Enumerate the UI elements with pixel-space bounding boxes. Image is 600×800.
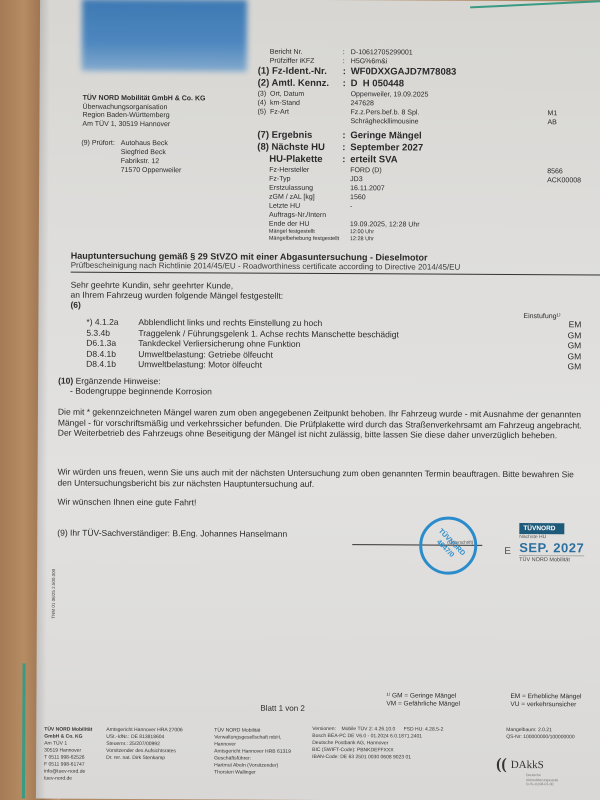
footer-line: IBAN-Code: DE 63 2501 0030 0608 9023 01 (312, 754, 443, 762)
dakks-subtext: Deutsche Akkreditierungsstelle D-IS-1110… (526, 773, 558, 787)
defect-code: D8.4.1b (86, 348, 138, 359)
footer-line: QS-Nr: 100000000/100000000 (506, 734, 574, 741)
defect-code: *) 4.1.2a (86, 317, 138, 328)
field-label: (7) Ergebnis (257, 130, 342, 142)
defect-row: D8.4.1b Umweltbelastung: Motor ölfeucht … (86, 359, 586, 372)
inspection-report-document: TÜV NORD Mobilität GmbH & Co. KG Überwac… (36, 0, 600, 800)
field-label: HU-Plakette (257, 154, 342, 166)
defect-grade: GM (546, 340, 586, 351)
field-label: zGM / zAL [kg] (257, 193, 342, 202)
tuv-stamp: TÜVNORD 4647/0 (407, 505, 489, 587)
field-code: 8566 (547, 167, 600, 176)
field-label: (2) Amtl. Kennz. (258, 78, 343, 90)
field-label: Fz-Typ (257, 175, 342, 184)
certificate-title: Hauptuntersuchung gemäß § 29 StVZO mit e… (71, 251, 600, 276)
sticker-company: TÜV NORD Mobilität (519, 555, 584, 563)
greeting: Sehr geehrte Kundin, sehr geehrter Kunde… (71, 280, 284, 301)
legend-vu: VU = verkehrsunsicher (510, 701, 576, 709)
field-label: Prüfziffer iKFZ (258, 57, 343, 66)
section-6-label: (6) (70, 300, 80, 310)
defect-code: D6.1.3a (86, 338, 138, 349)
blurred-logo (82, 0, 247, 72)
field-label: Auftrags-Nr./Intern (257, 211, 342, 220)
greeting-line: an Ihrem Fahrzeug wurden folgende Mängel… (71, 290, 284, 301)
pruefort-line: 71570 Oppenweiler (121, 166, 182, 175)
notes-title: Ergänzende Hinweise: (76, 376, 161, 386)
pruefort-block: (9) Prüfort: Autohaus Beck Siegfried Bec… (81, 139, 181, 176)
footer-col-bank: Versionen: Mobile TÜV 2: 4.26.10.0 FSD H… (312, 712, 443, 762)
additional-notes: (10) Ergänzende Hinweise: - Bodengruppe … (58, 376, 212, 397)
field-value: Schrägheckllimousine (350, 117, 547, 127)
field-label: (1) Fz-Ident.-Nr. (258, 66, 343, 78)
field-value: - (350, 202, 600, 212)
hu-sticker: TÜVNORD Nächste HU SEP. 2027 TÜV NORD Mo… (519, 523, 584, 563)
pruefort-line: Fabrikstr. 12 (121, 157, 182, 166)
field-code: M1 (547, 109, 600, 118)
form-code: TNM 01 06/25 2.500.000 (51, 569, 56, 619)
field-label: (8) Nächste HU (257, 142, 342, 154)
paragraph-defects-info: Die mit * gekennzeichneten Mängel waren … (58, 407, 588, 441)
page-number: Blatt 1 von 2 (260, 704, 305, 713)
green-rule-top (470, 0, 600, 8)
field-label: Bericht Nr. (258, 48, 343, 57)
field-code: ACK00008 (547, 176, 600, 185)
sticker-date: SEP. 2027 (519, 540, 584, 555)
footer-col-qs: Mangelbaum: 2.0.21 QS-Nr: 100000000/1000… (506, 713, 575, 741)
issuer-name: TÜV NORD Mobilität GmbH & Co. KG (83, 95, 206, 104)
defect-grade: GM (546, 351, 586, 362)
field-code: AB (547, 118, 600, 127)
field-label: Ende der HU (257, 220, 342, 229)
field-value (350, 217, 600, 218)
field-label: Fz-Hersteller (257, 166, 342, 175)
pruefort-line: Siegfried Beck (121, 148, 182, 157)
dakks-icon: (( (496, 756, 507, 774)
footer-col-register: Amtsgericht Hannover HRA 27006 USt.-IdNr… (106, 727, 183, 762)
paragraph-farewell: Wir wünschen Ihnen eine gute Fahrt! (57, 497, 587, 510)
defect-code: D8.4.1b (86, 359, 138, 370)
field-label: (5) Fz-Art (257, 108, 342, 117)
field-label: Mängelbehebung festgestellt (257, 236, 342, 243)
defect-description: Umweltbelastung: Motor ölfeucht (138, 359, 546, 372)
footer-website: tuev-nord.de (44, 776, 92, 783)
defect-grade: GM (546, 361, 586, 372)
inspector-name: (9) Ihr TÜV-Sachverständiger: B.Eng. Joh… (57, 528, 287, 539)
pruefort-line: Autohaus Beck (121, 139, 182, 148)
field-value: 12:28 Uhr (350, 236, 600, 244)
issuer-line: Region Baden-Württemberg (82, 112, 205, 121)
maengelbehebung-row: Mängelbehebung festgestellt 12:28 Uhr (257, 236, 600, 245)
report-header: Bericht Nr.: D-10612705299001 Prüfziffer… (257, 48, 600, 245)
note-item: - Bodengruppe beginnende Korrosion (58, 386, 212, 397)
field-label: (4) km-Stand (258, 99, 343, 108)
field-label: Erstzulassung (257, 184, 342, 193)
field-label: Letzte HU (257, 202, 342, 211)
defects-list: *) 4.1.2a Abblendlicht links und rechts … (86, 317, 586, 372)
signature-mark: E (504, 546, 511, 557)
dakks-name: DAkkS (511, 759, 544, 771)
footer-line: Dr. rer. nat. Dirk Stenkamp (106, 755, 182, 762)
legend-vm: VM = Gefährliche Mängel (386, 700, 496, 709)
issuer-block: TÜV NORD Mobilität GmbH & Co. KG Überwac… (82, 95, 205, 130)
notes-number: (10) (58, 376, 73, 386)
paragraph-next-inspection: Wir würden uns freuen, wenn Sie uns auch… (58, 467, 588, 491)
issuer-line: Am TÜV 1, 30519 Hannover (82, 120, 205, 129)
defect-grade: GM (546, 330, 586, 341)
field-label: (3) Ort, Datum (258, 90, 343, 99)
sticker-brand: TÜVNORD (519, 523, 564, 534)
footer-col-management: TÜV NORD Mobilität Verwaltungsgesellscha… (214, 727, 291, 776)
title-sub: Prüfbescheinigung nach Richtlinie 2014/4… (71, 261, 600, 276)
dakks-line: D-IS-11108-01-00 (526, 782, 558, 787)
footer-col-company: TÜV NORD Mobilität GmbH & Co. KG Am TÜV … (44, 727, 92, 783)
grade-legend: ¹⁾ GM = Geringe MängelEM = Erhebliche Mä… (386, 692, 581, 709)
defect-code: 5.3.4b (86, 327, 138, 338)
defect-grade: EM (546, 319, 586, 330)
footer-line: Thorsten Wallinger (214, 769, 291, 776)
pruefort-label: (9) Prüfort: (81, 139, 115, 175)
dakks-logo: (( DAkkS (496, 756, 544, 774)
